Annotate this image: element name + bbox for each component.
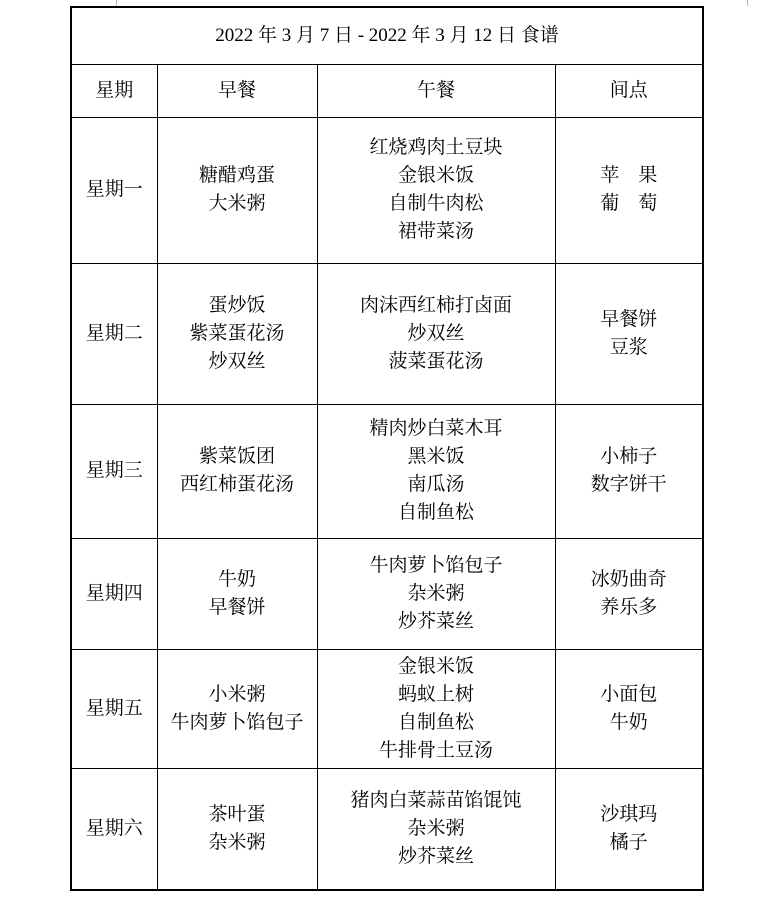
breakfast-cell: 小米粥 牛肉萝卜馅包子 (157, 649, 317, 768)
breakfast-cell: 牛奶 早餐饼 (157, 538, 317, 649)
lunch-cell: 金银米饭 蚂蚁上树 自制鱼松 牛排骨土豆汤 (317, 649, 555, 768)
menu-row-tuesday: 星期二 蛋炒饭 紫菜蛋花汤 炒双丝 肉沫西红柿打卤面 炒双丝 菠菜蛋花汤 早餐饼… (71, 263, 703, 404)
lunch-cell: 牛肉萝卜馅包子 杂米粥 炒芥菜丝 (317, 538, 555, 649)
day-cell: 星期一 (71, 117, 157, 263)
ruler-tick (747, 0, 748, 6)
snack-cell: 沙琪玛 橘子 (555, 768, 703, 890)
menu-title: 2022 年 3 月 7 日 - 2022 年 3 月 12 日 食谱 (71, 7, 703, 64)
menu-row-wednesday: 星期三 紫菜饭团 西红柿蛋花汤 精肉炒白菜木耳 黑米饭 南瓜汤 自制鱼松 小柿子… (71, 404, 703, 538)
lunch-cell: 肉沫西红柿打卤面 炒双丝 菠菜蛋花汤 (317, 263, 555, 404)
breakfast-cell: 茶叶蛋 杂米粥 (157, 768, 317, 890)
lunch-cell: 精肉炒白菜木耳 黑米饭 南瓜汤 自制鱼松 (317, 404, 555, 538)
snack-cell: 早餐饼 豆浆 (555, 263, 703, 404)
snack-cell: 冰奶曲奇 养乐多 (555, 538, 703, 649)
column-header-breakfast: 早餐 (157, 64, 317, 117)
day-cell: 星期四 (71, 538, 157, 649)
day-cell: 星期三 (71, 404, 157, 538)
menu-row-friday: 星期五 小米粥 牛肉萝卜馅包子 金银米饭 蚂蚁上树 自制鱼松 牛排骨土豆汤 小面… (71, 649, 703, 768)
document-page: 2022 年 3 月 7 日 - 2022 年 3 月 12 日 食谱 星期 早… (0, 0, 771, 900)
column-header-lunch: 午餐 (317, 64, 555, 117)
column-header-snack: 间点 (555, 64, 703, 117)
day-cell: 星期六 (71, 768, 157, 890)
snack-cell: 小柿子 数字饼干 (555, 404, 703, 538)
header-row: 星期 早餐 午餐 间点 (71, 64, 703, 117)
breakfast-cell: 糖醋鸡蛋 大米粥 (157, 117, 317, 263)
day-cell: 星期五 (71, 649, 157, 768)
menu-row-thursday: 星期四 牛奶 早餐饼 牛肉萝卜馅包子 杂米粥 炒芥菜丝 冰奶曲奇 养乐多 (71, 538, 703, 649)
lunch-cell: 红烧鸡肉土豆块 金银米饭 自制牛肉松 裙带菜汤 (317, 117, 555, 263)
breakfast-cell: 紫菜饭团 西红柿蛋花汤 (157, 404, 317, 538)
menu-row-saturday: 星期六 茶叶蛋 杂米粥 猪肉白菜蒜苗馅馄饨 杂米粥 炒芥菜丝 沙琪玛 橘子 (71, 768, 703, 890)
title-row: 2022 年 3 月 7 日 - 2022 年 3 月 12 日 食谱 (71, 7, 703, 64)
lunch-cell: 猪肉白菜蒜苗馅馄饨 杂米粥 炒芥菜丝 (317, 768, 555, 890)
column-header-day: 星期 (71, 64, 157, 117)
menu-row-monday: 星期一 糖醋鸡蛋 大米粥 红烧鸡肉土豆块 金银米饭 自制牛肉松 裙带菜汤 苹 果… (71, 117, 703, 263)
snack-cell: 小面包 牛奶 (555, 649, 703, 768)
snack-cell: 苹 果 葡 萄 (555, 117, 703, 263)
menu-table: 2022 年 3 月 7 日 - 2022 年 3 月 12 日 食谱 星期 早… (70, 6, 704, 891)
breakfast-cell: 蛋炒饭 紫菜蛋花汤 炒双丝 (157, 263, 317, 404)
day-cell: 星期二 (71, 263, 157, 404)
